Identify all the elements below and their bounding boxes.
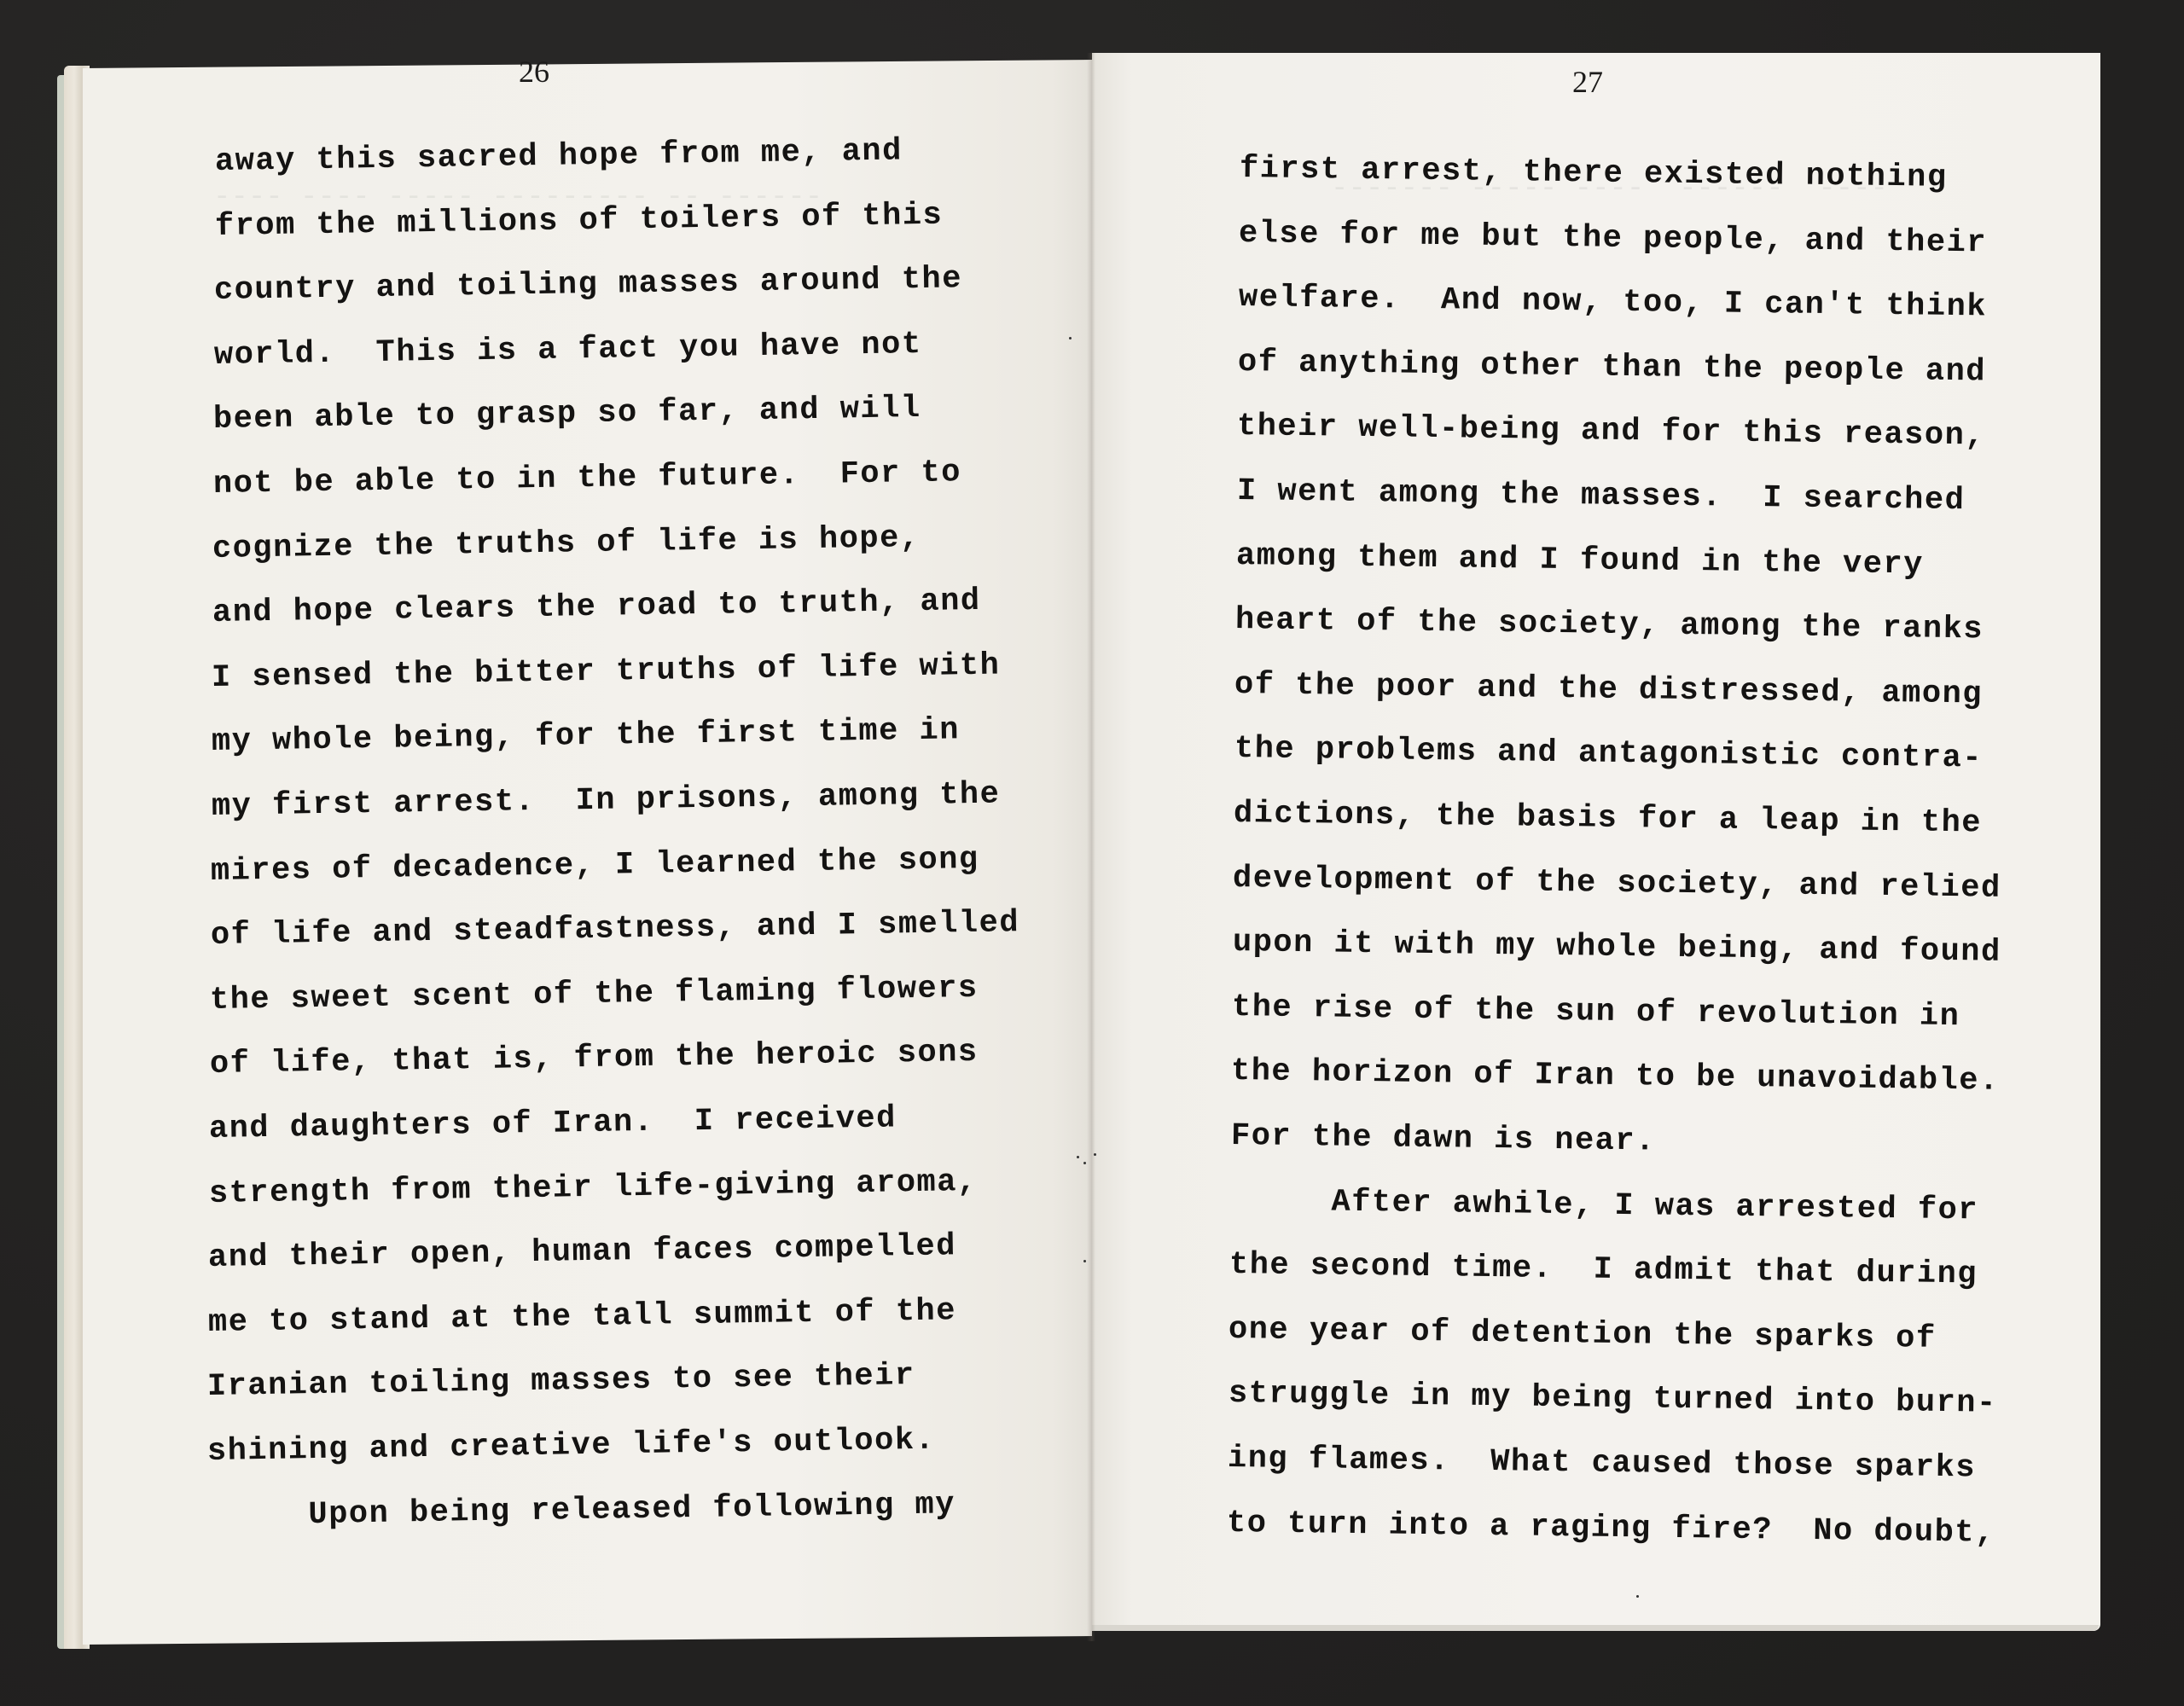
- bleed-through-text: ---- ------ ---- ----- -------: [1331, 175, 1940, 204]
- text-line: For the dawn is near.: [1230, 1121, 1655, 1158]
- page-number-left: 26: [519, 56, 549, 87]
- paper-speck: [1069, 337, 1072, 339]
- paper-speck: [1094, 1153, 1096, 1156]
- book-gutter: [1087, 53, 1095, 1641]
- paper-speck: [1083, 1260, 1086, 1262]
- page-number-right: 27: [1572, 67, 1603, 97]
- paper-speck: [1083, 1162, 1086, 1164]
- right-page-bottom-edge: [1092, 1625, 2099, 1631]
- paper-speck: [1636, 1595, 1639, 1598]
- text-line: among them and I found in the very: [1236, 541, 1924, 582]
- text-line: one year of detention the sparks of: [1228, 1314, 1937, 1355]
- bleed-through-text: ------ -- --------- ----- ---- ----: [213, 183, 822, 212]
- paper-speck: [1077, 1156, 1079, 1158]
